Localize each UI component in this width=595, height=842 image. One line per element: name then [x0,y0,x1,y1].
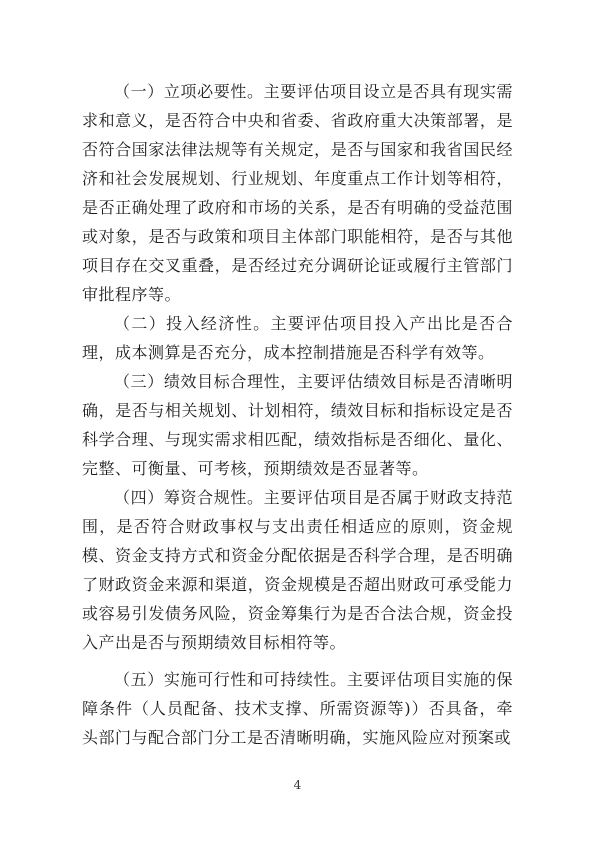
document-page: （一）立项必要性。主要评估项目设立是否具有现实需求和意义，是否符合中央和省委、省… [0,0,595,842]
document-body: （一）立项必要性。主要评估项目设立是否具有现实需求和意义，是否符合中央和省委、省… [82,77,513,752]
paragraph-2-input-economy: （二）投入经济性。主要评估项目投入产出比是否合理，成本测算是否充分，成本控制措施… [82,309,513,367]
paragraph-4-financing-compliance: （四）筹资合规性。主要评估项目是否属于财政支持范围，是否符合财政事权与支出责任相… [82,483,513,657]
page-number: 4 [0,778,595,792]
paragraph-1-establishment-necessity: （一）立项必要性。主要评估项目设立是否具有现实需求和意义，是否符合中央和省委、省… [82,77,513,309]
paragraph-5-implementation-feasibility: （五）实施可行性和可持续性。主要评估项目实施的保障条件（人员配备、技术支撑、所需… [82,665,513,752]
paragraph-3-performance-goal-rationality: （三）绩效目标合理性，主要评估绩效目标是否清晰明确，是否与相关规划、计划相符，绩… [82,367,513,483]
